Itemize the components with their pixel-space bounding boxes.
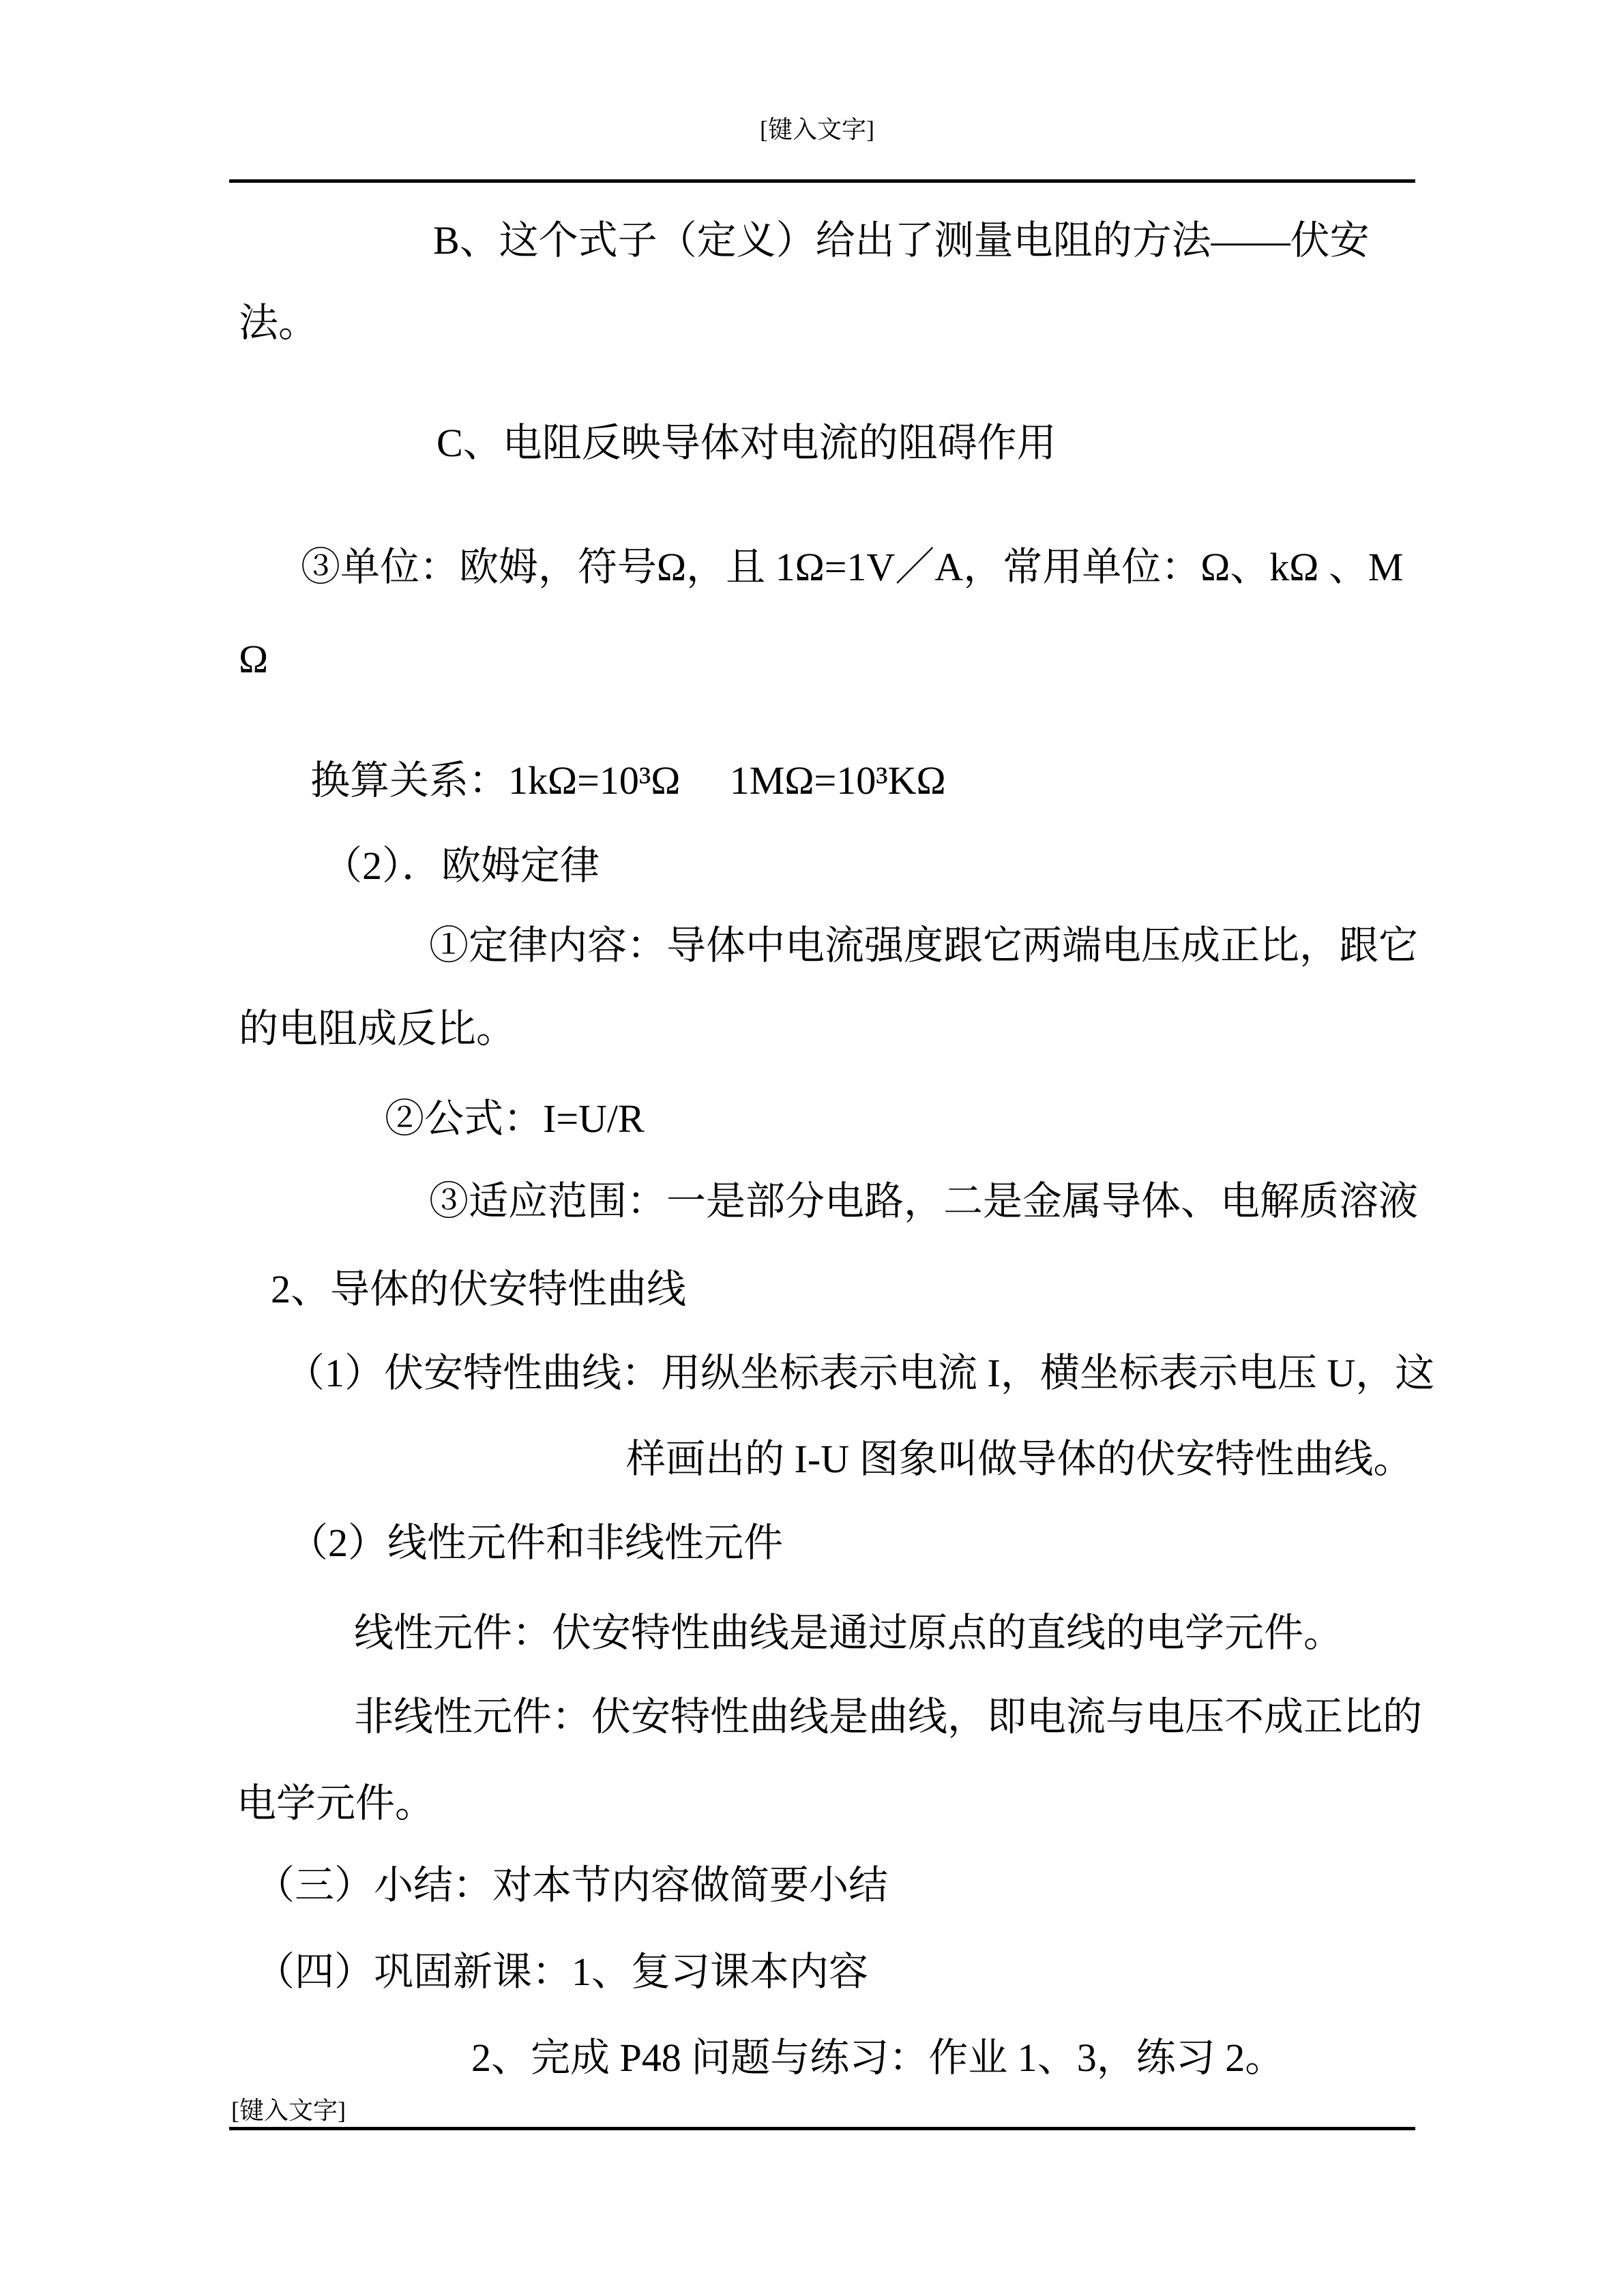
body-line: （四）巩固新课：1、复习课本内容: [255, 1952, 868, 1992]
body-line: 的电阻成反比。: [239, 1009, 516, 1049]
body-line: 2、导体的伏安特性曲线: [271, 1270, 686, 1309]
body-line: Ω: [239, 640, 268, 679]
body-line: 2、完成 P48 问题与练习：作业 1、3，练习 2。: [471, 2038, 1284, 2078]
body-line: 换算关系：1kΩ=10³Ω 1MΩ=10³KΩ: [310, 761, 946, 801]
header-placeholder-text: [键入文字]: [760, 117, 874, 142]
body-line: C、电阻反映导体对电流的阻碍作用: [437, 423, 1057, 463]
body-line: ②公式：I=U/R: [385, 1099, 645, 1139]
body-line: 线性元件：伏安特性曲线是通过原点的直线的电学元件。: [354, 1613, 1343, 1653]
body-line: 非线性元件：伏安特性曲线是曲线，即电流与电压不成正比的: [354, 1697, 1422, 1737]
body-line: 法。: [239, 303, 318, 343]
footer-placeholder-text: [键入文字]: [231, 2098, 346, 2123]
body-line: 样画出的 I-U 图象叫做导体的伏安特性曲线。: [626, 1440, 1413, 1479]
body-line: （2）线性元件和非线性元件: [289, 1523, 783, 1563]
body-line: B、这个式子（定义）给出了测量电阻的方法——伏安: [433, 221, 1370, 260]
body-line: （三）小结：对本节内容做简要小结: [255, 1866, 888, 1905]
body-line: ③单位：欧姆，符号Ω，且 1Ω=1V／A，常用单位：Ω、kΩ 、M: [301, 548, 1403, 587]
header-rule: [229, 179, 1415, 183]
footer-rule: [229, 2127, 1415, 2130]
body-line: （2）．欧姆定律: [323, 846, 600, 886]
body-line: ③适应范围：一是部分电路，二是金属导体、电解质溶液: [429, 1182, 1418, 1221]
body-line: （1）伏安特性曲线：用纵坐标表示电流 I，横坐标表示电压 U，这: [285, 1354, 1434, 1393]
document-page: [键入文字] B、这个式子（定义）给出了测量电阻的方法——伏安 法。 C、电阻反…: [0, 0, 1624, 2296]
body-line: 电学元件。: [237, 1784, 434, 1823]
body-line: ①定律内容：导体中电流强度跟它两端电压成正比，跟它: [429, 926, 1418, 966]
